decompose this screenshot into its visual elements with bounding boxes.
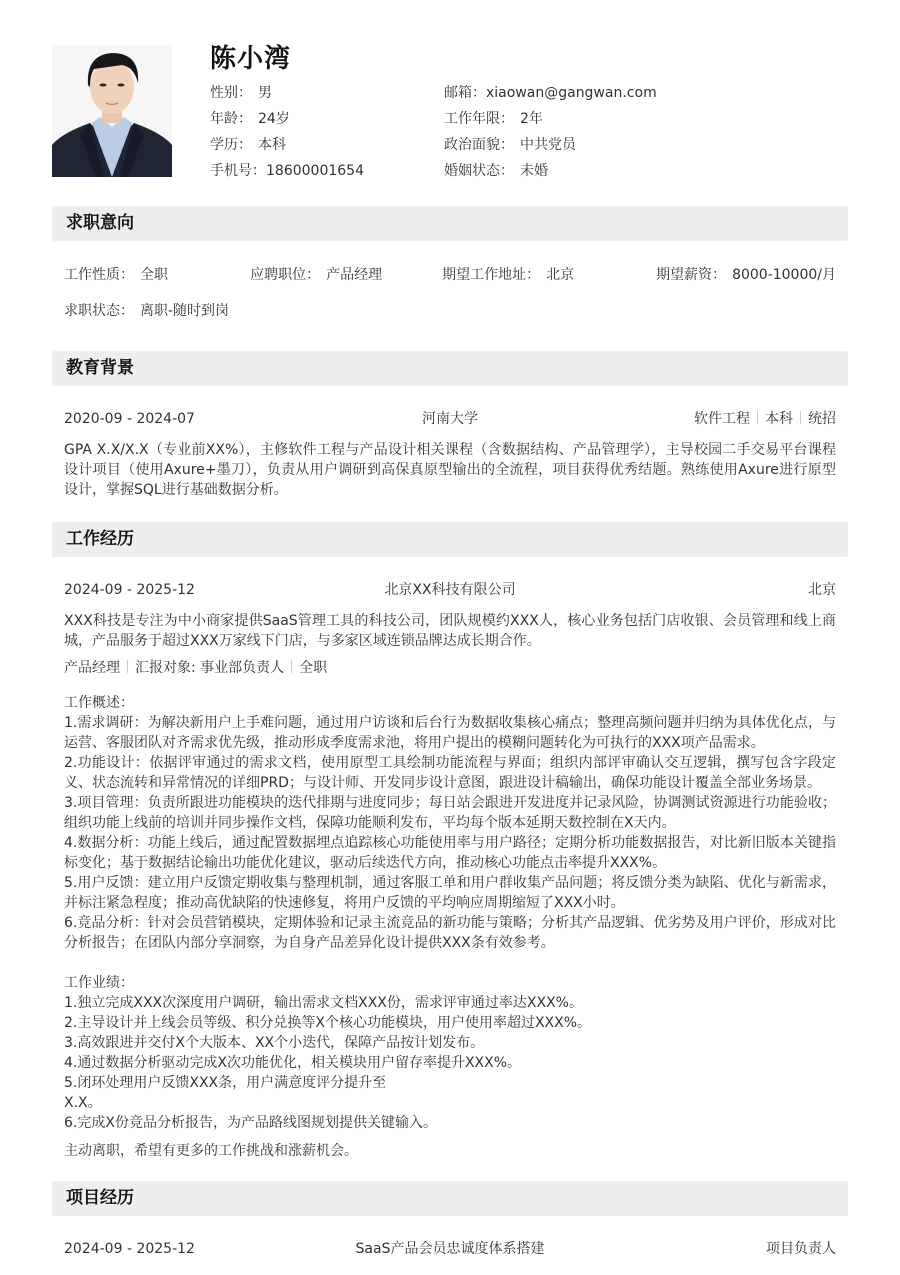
project-section: 项目经历 2024-09 - 2025-12 SaaS产品会员忠诚度体系搭建 项… [52, 1181, 848, 1259]
work-period: 2024-09 - 2025-12 [64, 580, 195, 600]
intent-row-2: 求职状态：离职-随时到岗 [64, 301, 836, 321]
gender-row: 性别：男 [210, 82, 364, 108]
overview-item: 6.竞品分析：针对会员营销模块，定期体验和记录主流竞品的新功能与策略；分析其产品… [64, 913, 836, 953]
intent-content: 工作性质：全职 应聘职位：产品经理 期望工作地址：北京 期望薪资：8000-10… [52, 241, 848, 321]
resume-page: 陈小湾 性别：男 年龄：24岁 学历：本科 手机号：18600001654 邮箱… [52, 0, 848, 190]
tag-divider [291, 660, 292, 673]
work-years-value: 2年 [520, 111, 543, 127]
position: 应聘职位：产品经理 [250, 265, 442, 285]
education-description: GPA X.X/X.X（专业前XX%），主修软件工程与产品设计相关课程（含数据结… [64, 440, 836, 500]
position-label: 应聘职位： [250, 267, 320, 283]
achievements-title: 工作业绩： [64, 973, 836, 993]
education-level-value: 本科 [258, 137, 286, 153]
section-title-education: 教育背景 [52, 351, 848, 386]
section-title-project: 项目经历 [52, 1181, 848, 1216]
work-section: 工作经历 2024-09 - 2025-12 北京XX科技有限公司 北京 XXX… [52, 522, 848, 1161]
portrait-photo-icon [52, 45, 172, 177]
work-location: 北京 [808, 580, 836, 600]
education-section: 教育背景 2020-09 - 2024-07 河南大学 软件工程本科统招 GPA… [52, 351, 848, 500]
expected-salary: 期望薪资：8000-10000/月 [656, 265, 836, 285]
position-value: 产品经理 [326, 267, 382, 283]
avatar [52, 45, 172, 177]
degree-tag: 本科 [765, 411, 793, 427]
overview-item: 1.需求调研：为解决新用户上手难问题，通过用户访谈和后台行为数据收集核心痛点；整… [64, 713, 836, 753]
political-status-value: 中共党员 [520, 137, 576, 153]
phone-label: 手机号： [210, 163, 266, 179]
overview-item: 3.项目管理：负责所跟进功能模块的迭代排期与进度同步；每日站会跟进开发进度并记录… [64, 793, 836, 833]
achievement-item: 3.高效跟进并交付X个大版本、XX个小迭代，保障产品按计划发布。 [64, 1033, 836, 1053]
marital-status-value: 未婚 [520, 163, 548, 179]
overview-item: 4.数据分析：功能上线后，通过配置数据埋点追踪核心功能使用率与用户路径；定期分析… [64, 833, 836, 873]
education-period: 2020-09 - 2024-07 [64, 409, 195, 429]
job-type: 工作性质：全职 [64, 265, 250, 285]
phone-value: 18600001654 [266, 163, 364, 179]
job-type-label: 工作性质： [64, 267, 134, 283]
job-title-tag: 产品经理 [64, 660, 120, 676]
age-row: 年龄：24岁 [210, 108, 364, 134]
candidate-name: 陈小湾 [210, 38, 291, 75]
email-row: 邮箱：xiaowan@gangwan.com [444, 82, 657, 108]
project-content: 2024-09 - 2025-12 SaaS产品会员忠诚度体系搭建 项目负责人 [52, 1216, 848, 1259]
employment-type-tag: 全职 [299, 660, 327, 676]
achievement-item: 4.通过数据分析驱动完成X次功能优化，相关模块用户留存率提升XXX%。 [64, 1053, 836, 1073]
achievement-item: X.X。 [64, 1093, 836, 1113]
job-type-value: 全职 [140, 267, 168, 283]
project-role: 项目负责人 [766, 1239, 836, 1259]
gender-label: 性别： [210, 85, 252, 101]
marital-status-label: 婚姻状态： [444, 163, 514, 179]
section-title-intent: 求职意向 [52, 206, 848, 241]
work-tags: 产品经理汇报对象: 事业部负责人全职 [64, 658, 836, 678]
political-status-row: 政治面貌：中共党员 [444, 134, 657, 160]
achievement-item: 1.独立完成XXX次深度用户调研，输出需求文档XXX份，需求评审通过率达XXX%… [64, 993, 836, 1013]
major-tag: 软件工程 [694, 411, 750, 427]
intent-row-1: 工作性质：全职 应聘职位：产品经理 期望工作地址：北京 期望薪资：8000-10… [64, 265, 836, 285]
achievement-item: 6.完成X份竞品分析报告，为产品路线图规划提供关键输入。 [64, 1113, 836, 1133]
education-level-row: 学历：本科 [210, 134, 364, 160]
gender-value: 男 [258, 85, 272, 101]
marital-status-row: 婚姻状态：未婚 [444, 160, 657, 186]
work-content: 2024-09 - 2025-12 北京XX科技有限公司 北京 XXX科技是专注… [52, 557, 848, 1161]
email-label: 邮箱： [444, 85, 486, 101]
education-header-row: 2020-09 - 2024-07 河南大学 软件工程本科统招 [64, 409, 836, 429]
political-status-label: 政治面貌： [444, 137, 514, 153]
company-description: XXX科技是专注为中小商家提供SaaS管理工具的科技公司，团队规模约XXX人，核… [64, 611, 836, 651]
overview-item: 5.用户反馈：建立用户反馈定期收集与整理机制，通过客服工单和用户群收集产品问题；… [64, 873, 836, 913]
expected-location-label: 期望工作地址： [442, 267, 540, 283]
overview-title: 工作概述： [64, 693, 836, 713]
phone-row: 手机号：18600001654 [210, 160, 364, 186]
tag-divider [800, 411, 801, 424]
education-tags: 软件工程本科统招 [694, 409, 836, 429]
job-status-label: 求职状态： [64, 303, 134, 319]
expected-salary-value: 8000-10000/月 [732, 267, 836, 283]
basic-info-left: 性别：男 年龄：24岁 学历：本科 手机号：18600001654 [210, 82, 364, 186]
basic-info-right: 邮箱：xiaowan@gangwan.com 工作年限：2年 政治面貌：中共党员… [444, 82, 657, 186]
project-period: 2024-09 - 2025-12 [64, 1239, 195, 1259]
expected-location-value: 北京 [546, 267, 574, 283]
job-status-value: 离职-随时到岗 [140, 303, 229, 319]
tag-divider [127, 660, 128, 673]
profile-header: 陈小湾 性别：男 年龄：24岁 学历：本科 手机号：18600001654 邮箱… [52, 0, 848, 190]
intent-section: 求职意向 工作性质：全职 应聘职位：产品经理 期望工作地址：北京 期望薪资：80… [52, 206, 848, 321]
work-years-label: 工作年限： [444, 111, 514, 127]
tag-divider [757, 411, 758, 424]
education-level-label: 学历： [210, 137, 252, 153]
enrollment-tag: 统招 [808, 411, 836, 427]
education-content: 2020-09 - 2024-07 河南大学 软件工程本科统招 GPA X.X/… [52, 386, 848, 500]
age-label: 年龄： [210, 111, 252, 127]
expected-salary-label: 期望薪资： [656, 267, 726, 283]
age-value: 24岁 [258, 111, 290, 127]
section-title-work: 工作经历 [52, 522, 848, 557]
expected-location: 期望工作地址：北京 [442, 265, 656, 285]
job-status: 求职状态：离职-随时到岗 [64, 301, 229, 321]
work-years-row: 工作年限：2年 [444, 108, 657, 134]
report-to-tag: 汇报对象: 事业部负责人 [135, 660, 284, 676]
overview-item: 2.功能设计：依据评审通过的需求文档，使用原型工具绘制功能流程与界面；组织内部评… [64, 753, 836, 793]
leave-reason: 主动离职，希望有更多的工作挑战和涨薪机会。 [64, 1141, 836, 1161]
email-value: xiaowan@gangwan.com [486, 85, 657, 101]
work-header-row: 2024-09 - 2025-12 北京XX科技有限公司 北京 [64, 580, 836, 600]
project-header-row: 2024-09 - 2025-12 SaaS产品会员忠诚度体系搭建 项目负责人 [64, 1239, 836, 1259]
achievement-item: 5.闭环处理用户反馈XXX条，用户满意度评分提升至 [64, 1073, 836, 1093]
achievement-item: 2.主导设计并上线会员等级、积分兑换等X个核心功能模块，用户使用率超过XXX%。 [64, 1013, 836, 1033]
